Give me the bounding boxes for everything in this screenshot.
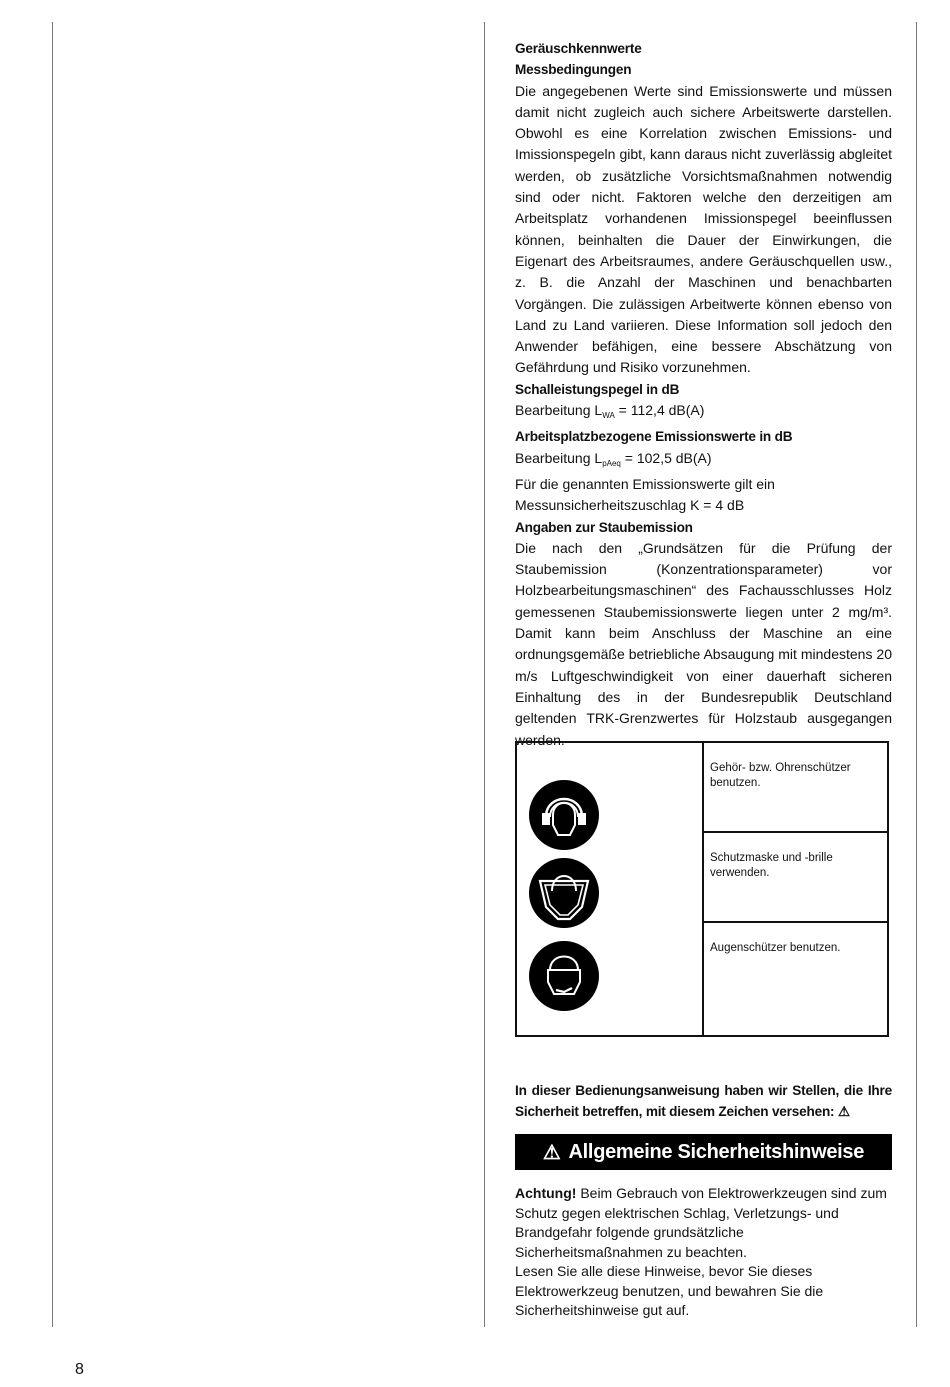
column-divider-rule	[484, 22, 485, 1327]
ppe-table: Gehör- bzw. Ohrenschützer benutzen. Schu…	[515, 741, 889, 1037]
banner-title: Allgemeine Sicherheitshinweise	[569, 1141, 865, 1164]
face-mask-goggles-icon	[528, 857, 600, 929]
ppe-cell-hearing: Gehör- bzw. Ohrenschützer benutzen.	[704, 743, 887, 833]
ear-protection-icon	[528, 779, 600, 851]
ppe-instructions: Gehör- bzw. Ohrenschützer benutzen. Schu…	[704, 743, 887, 1035]
noise-section: Geräuschkennwerte Messbedingungen Die an…	[515, 38, 892, 751]
uncertainty-note: Für die genannten Emissionswerte gilt ei…	[515, 474, 892, 517]
safety-banner: ⚠ Allgemeine Sicherheitshinweise	[515, 1134, 892, 1170]
achtung-paragraph: Achtung! Beim Gebrauch von Elektrowerkze…	[515, 1184, 892, 1262]
measurement-paragraph: Die angegebenen Werte sind Emissionswert…	[515, 81, 892, 379]
workplace-emission-value: Bearbeitung LpAeq = 102,5 dB(A)	[515, 448, 892, 474]
page-number: 8	[75, 1361, 84, 1379]
eye-protection-icon	[528, 940, 600, 1012]
left-margin-rule	[52, 22, 53, 1327]
ppe-cell-eyes: Augenschützer benutzen.	[704, 923, 887, 1035]
section-heading: Geräuschkennwerte	[515, 38, 892, 59]
safety-intro-text: In dieser Bedienungsanweisung haben wir …	[515, 1080, 892, 1123]
dust-paragraph: Die nach den „Grundsätzen für die Prüfun…	[515, 538, 892, 751]
workplace-emission-heading: Arbeitsplatzbezogene Emissionswerte in d…	[515, 426, 892, 447]
ppe-pictograms	[517, 743, 704, 1035]
right-margin-rule	[916, 22, 917, 1327]
warning-triangle-icon: ⚠	[543, 1140, 561, 1165]
read-instructions-paragraph: Lesen Sie alle diese Hinweise, bevor Sie…	[515, 1262, 892, 1321]
section-subheading: Messbedingungen	[515, 59, 892, 80]
sound-power-value: Bearbeitung LWA = 112,4 dB(A)	[515, 400, 892, 426]
dust-heading: Angaben zur Staubemission	[515, 517, 892, 538]
sound-power-heading: Schalleistungspegel in dB	[515, 379, 892, 400]
ppe-cell-mask: Schutzmaske und -brille verwenden.	[704, 833, 887, 923]
safety-intro: In dieser Bedienungsanweisung haben wir …	[515, 1080, 892, 1123]
achtung-section: Achtung! Beim Gebrauch von Elektrowerkze…	[515, 1184, 892, 1321]
